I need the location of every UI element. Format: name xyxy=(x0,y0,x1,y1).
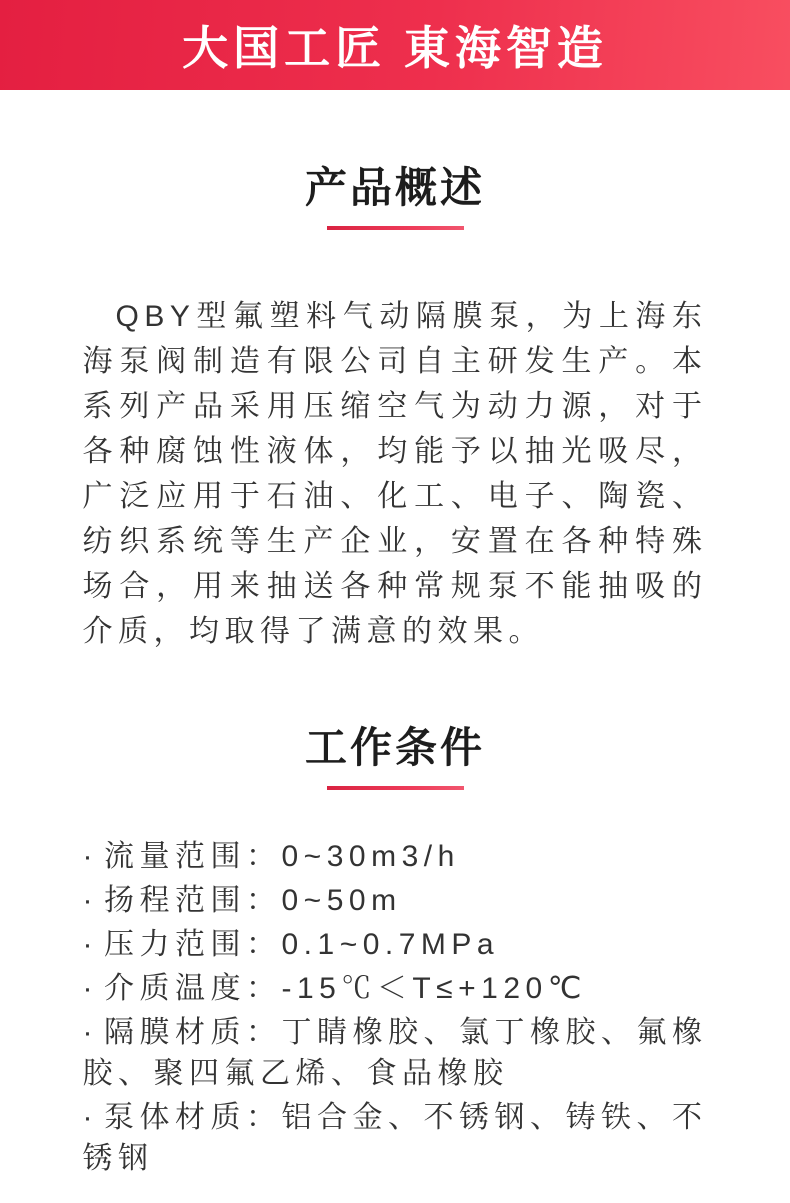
condition-item-flow-range: ·流量范围：0~30m3/h xyxy=(83,836,708,877)
banner-title: 大国工匠 東海智造 xyxy=(182,12,608,78)
section-working-conditions: 工作条件 ·流量范围：0~30m3/h ·扬程范围：0~50m ·压力范围：0.… xyxy=(0,722,790,1179)
condition-item-pump-body-material: ·泵体材质：铝合金、不锈钢、铸铁、不锈钢 xyxy=(83,1097,708,1179)
overview-paragraph: QBY型氟塑料气动隔膜泵，为上海东海泵阀制造有限公司自主研发生产。本系列产品采用… xyxy=(83,294,708,654)
overview-title-underline xyxy=(327,226,464,230)
overview-title: 产品概述 xyxy=(0,162,790,214)
condition-item-media-temperature: ·介质温度：-15℃＜T≤+120℃ xyxy=(83,968,708,1009)
condition-text: 隔膜材质：丁睛橡胶、氯丁橡胶、氟橡胶、聚四氟乙烯、食品橡胶 xyxy=(83,1016,708,1090)
section-product-overview: 产品概述 QBY型氟塑料气动隔膜泵，为上海东海泵阀制造有限公司自主研发生产。本系… xyxy=(0,162,790,654)
conditions-list: ·流量范围：0~30m3/h ·扬程范围：0~50m ·压力范围：0.1~0.7… xyxy=(83,836,708,1179)
condition-item-pressure-range: ·压力范围：0.1~0.7MPa xyxy=(83,924,708,965)
condition-text: 泵体材质：铝合金、不锈钢、铸铁、不锈钢 xyxy=(83,1101,708,1175)
bullet-dot: · xyxy=(83,972,99,1005)
condition-item-diaphragm-material: ·隔膜材质：丁睛橡胶、氯丁橡胶、氟橡胶、聚四氟乙烯、食品橡胶 xyxy=(83,1012,708,1094)
bullet-dot: · xyxy=(83,928,99,961)
header-banner: 大国工匠 東海智造 xyxy=(0,0,790,90)
condition-item-head-range: ·扬程范围：0~50m xyxy=(83,880,708,921)
condition-text: 流量范围：0~30m3/h xyxy=(104,840,460,873)
bullet-dot: · xyxy=(83,1101,99,1134)
bullet-dot: · xyxy=(83,1016,99,1049)
bullet-dot: · xyxy=(83,884,99,917)
condition-text: 介质温度：-15℃＜T≤+120℃ xyxy=(104,972,587,1005)
condition-text: 压力范围：0.1~0.7MPa xyxy=(104,928,499,961)
conditions-title-underline xyxy=(327,786,464,790)
conditions-title: 工作条件 xyxy=(0,722,790,774)
condition-text: 扬程范围：0~50m xyxy=(104,884,402,917)
bullet-dot: · xyxy=(83,840,99,873)
